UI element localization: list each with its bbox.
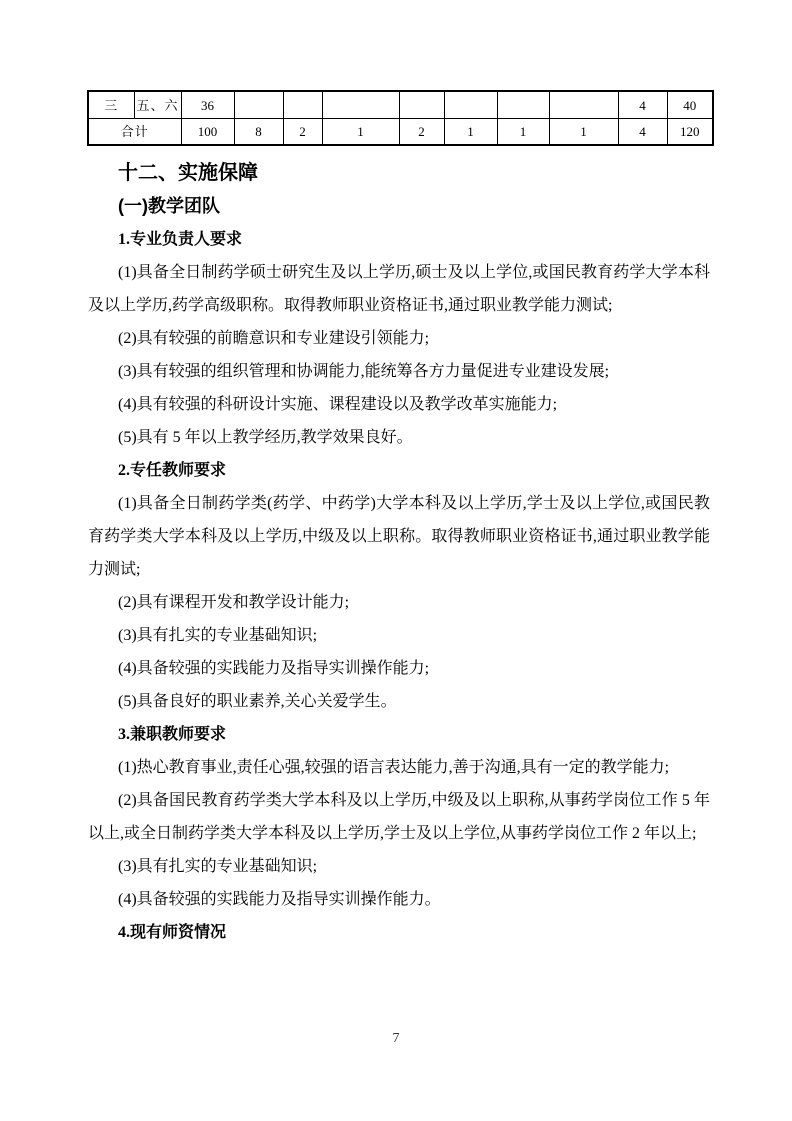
- table-cell: 120: [667, 119, 713, 146]
- paragraph-item: (3)具有较强的组织管理和协调能力,能统筹各方力量促进专业建设发展;: [88, 355, 710, 388]
- heading-current-faculty-situation: 4.现有师资情况: [118, 916, 710, 949]
- heading-fulltime-teacher-requirements: 2.专任教师要求: [118, 454, 710, 487]
- table-cell-total-label: 合计: [88, 119, 181, 146]
- table-cell: 2: [399, 119, 444, 146]
- table-cell: [399, 91, 444, 119]
- section-heading: 十二、实施保障: [118, 157, 710, 190]
- table-cell: 4: [618, 91, 667, 119]
- paragraph-item: (1)热心教育事业,责任心强,较强的语言表达能力,善于沟通,具有一定的教学能力;: [88, 751, 710, 784]
- table-cell-grade: 三: [88, 91, 134, 119]
- table-row-total: 合计 100 8 2 1 2 1 1 1 4 120: [88, 119, 713, 146]
- table-cell: 1: [497, 119, 549, 146]
- table-cell: [322, 91, 399, 119]
- table-cell: [234, 91, 283, 119]
- paragraph-item: (4)具备较强的实践能力及指导实训操作能力。: [88, 883, 710, 916]
- paragraph-item: (2)具有较强的前瞻意识和专业建设引领能力;: [88, 322, 710, 355]
- table-cell: 4: [618, 119, 667, 146]
- paragraph-item: (4)具有较强的科研设计实施、课程建设以及教学改革实施能力;: [88, 388, 710, 421]
- table-cell: 36: [181, 91, 234, 119]
- page-number: 7: [0, 1031, 792, 1047]
- table-cell: 1: [549, 119, 618, 146]
- document-page: 三 五、六 36 4 40 合计 100 8 2 1 2 1: [0, 0, 792, 1121]
- table-cell: 1: [444, 119, 497, 146]
- paragraph-item: (2)具有课程开发和教学设计能力;: [88, 586, 710, 619]
- paragraph-item: (3)具有扎实的专业基础知识;: [88, 619, 710, 652]
- table-cell: [444, 91, 497, 119]
- schedule-summary-table: 三 五、六 36 4 40 合计 100 8 2 1 2 1: [87, 90, 714, 146]
- table-cell: 2: [283, 119, 322, 146]
- paragraph-item: (1)具备全日制药学类(药学、中药学)大学本科及以上学历,学士及以上学位,或国民…: [88, 487, 710, 586]
- table-cell: 40: [667, 91, 713, 119]
- table-cell: [283, 91, 322, 119]
- table-cell-semesters: 五、六: [134, 91, 181, 119]
- paragraph-item: (4)具备较强的实践能力及指导实训操作能力;: [88, 652, 710, 685]
- document-content: 三 五、六 36 4 40 合计 100 8 2 1 2 1: [88, 90, 710, 949]
- table-cell: 100: [181, 119, 234, 146]
- paragraph-item: (5)具有 5 年以上教学经历,教学效果良好。: [88, 421, 710, 454]
- table-cell: 8: [234, 119, 283, 146]
- table-cell: [497, 91, 549, 119]
- table-row-grade3: 三 五、六 36 4 40: [88, 91, 713, 119]
- paragraph-item: (2)具备国民教育药学类大学本科及以上学历,中级及以上职称,从事药学岗位工作 5…: [88, 784, 710, 850]
- table-cell: 1: [322, 119, 399, 146]
- paragraph-item: (1)具备全日制药学硕士研究生及以上学历,硕士及以上学位,或国民教育药学大学本科…: [88, 256, 710, 322]
- paragraph-item: (3)具有扎实的专业基础知识;: [88, 850, 710, 883]
- heading-professional-leader-requirements: 1.专业负责人要求: [118, 223, 710, 256]
- table-cell: [549, 91, 618, 119]
- subsection-heading: (一)教学团队: [118, 190, 710, 223]
- heading-parttime-teacher-requirements: 3.兼职教师要求: [118, 718, 710, 751]
- paragraph-item: (5)具备良好的职业素养,关心关爱学生。: [88, 685, 710, 718]
